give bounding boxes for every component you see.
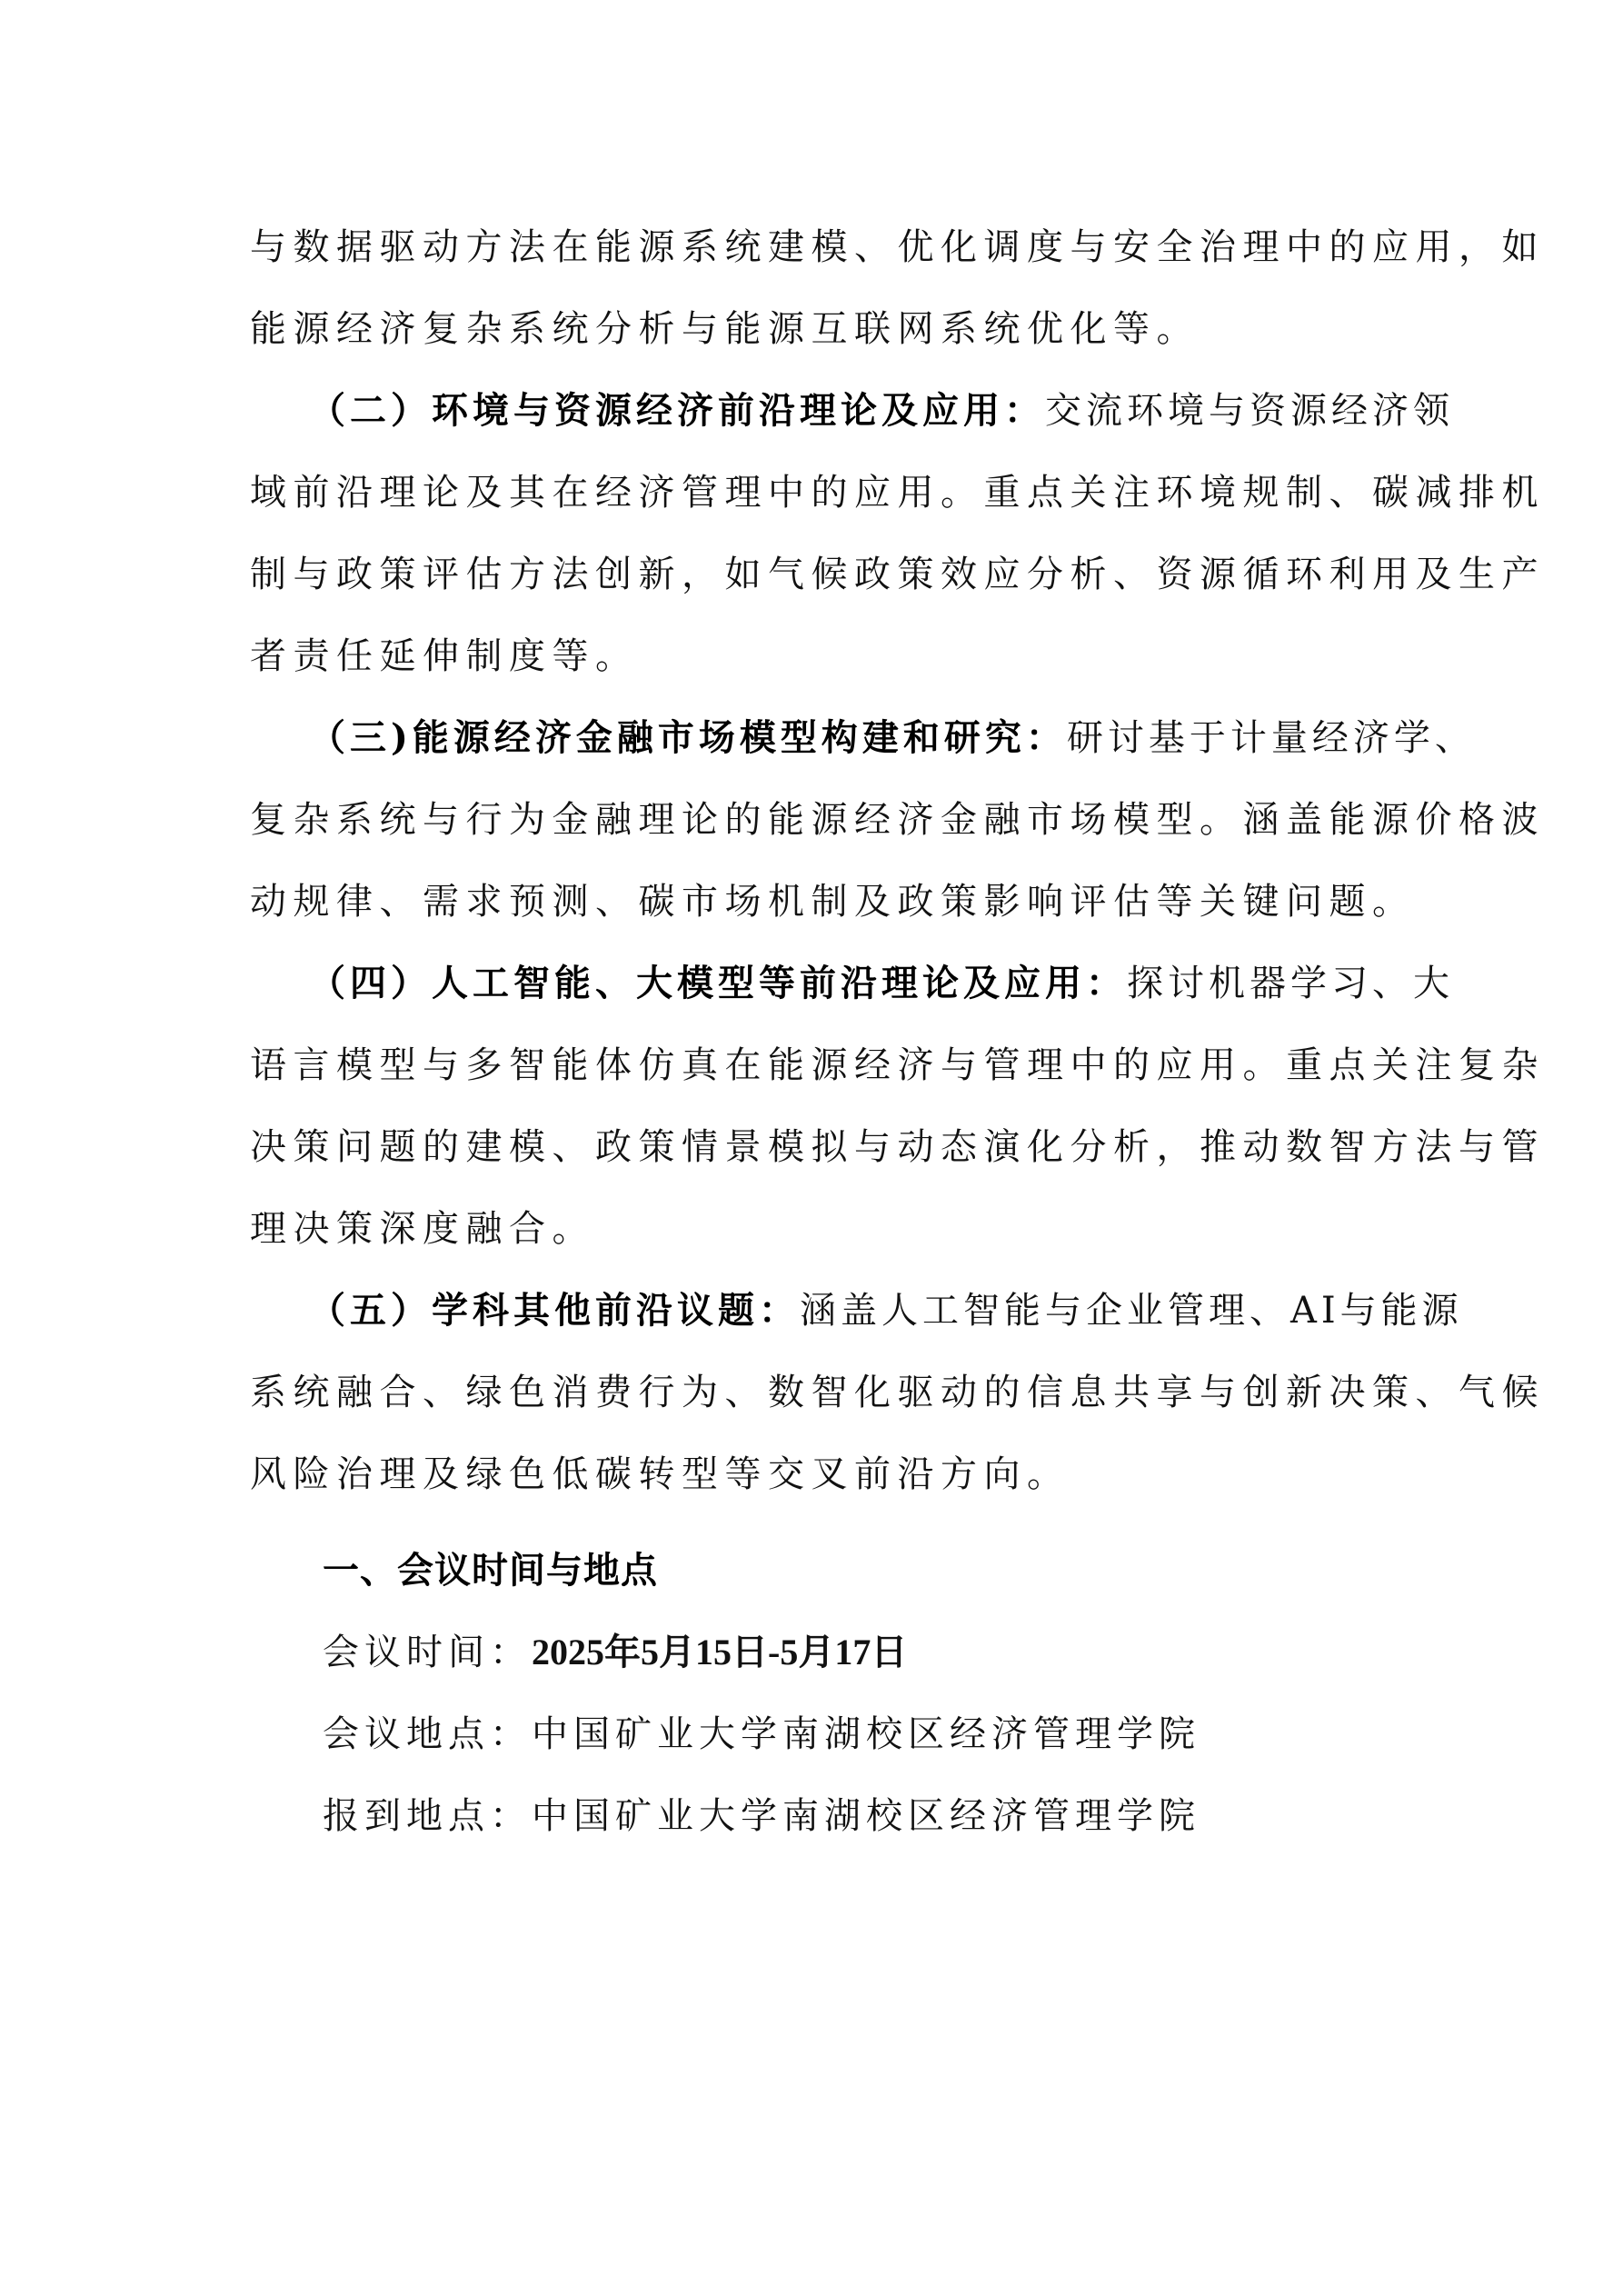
topic-4-label: （四）人工智能、大模型等前沿理论及应用： xyxy=(309,962,1127,1004)
intro-line-1: 与数据驱动方法在能源系统建模、优化调度与安全治理中的应用，如 xyxy=(250,225,1545,270)
topic-2-label: （二）环境与资源经济前沿理论及应用： xyxy=(309,389,1045,432)
registration-venue-label: 报到地点： xyxy=(323,1795,532,1837)
topic-5-label: （五）学科其他前沿议题： xyxy=(309,1289,800,1332)
topic-3-line-3: 动规律、需求预测、碳市场机制及政策影响评估等关键问题。 xyxy=(250,879,1416,924)
meeting-time-row: 会议时间：2025年5月15日-5月17日 xyxy=(323,1630,907,1675)
meeting-venue-label: 会议地点： xyxy=(323,1713,532,1755)
topic-4-first-line-rest: 探讨机器学习、大 xyxy=(1127,963,1454,1004)
topic-3-line-2: 复杂系统与行为金融理论的能源经济金融市场模型。涵盖能源价格波 xyxy=(250,797,1545,843)
section-heading: 一、会议时间与地点 xyxy=(323,1548,658,1593)
topic-4-line-4: 理决策深度融合。 xyxy=(250,1206,595,1252)
meeting-venue-value: 中国矿业大学南湖校区经济管理学院 xyxy=(532,1713,1200,1755)
registration-venue-row: 报到地点：中国矿业大学南湖校区经济管理学院 xyxy=(323,1793,1200,1839)
topic-5-first-line: （五）学科其他前沿议题：涵盖人工智能与企业管理、AI与能源 xyxy=(309,1288,1463,1333)
registration-venue-value: 中国矿业大学南湖校区经济管理学院 xyxy=(532,1795,1200,1837)
topic-4-line-3: 决策问题的建模、政策情景模拟与动态演化分析，推动数智方法与管 xyxy=(250,1124,1545,1170)
meeting-time-label: 会议时间： xyxy=(323,1632,532,1673)
topic-5-first-line-rest: 涵盖人工智能与企业管理、AI与能源 xyxy=(800,1290,1463,1332)
topic-3-first-line: （三)能源经济金融市场模型构建和研究：研讨基于计量经济学、 xyxy=(309,715,1476,761)
topic-2-line-3: 制与政策评估方法创新，如气候政策效应分析、资源循环利用及生产 xyxy=(250,552,1545,597)
meeting-time-value: 2025年5月15日-5月17日 xyxy=(532,1632,907,1672)
topic-5-line-2: 系统融合、绿色消费行为、数智化驱动的信息共享与创新决策、气候 xyxy=(250,1370,1545,1415)
topic-2-line-4: 者责任延伸制度等。 xyxy=(250,634,639,679)
topic-4-first-line: （四）人工智能、大模型等前沿理论及应用：探讨机器学习、大 xyxy=(309,961,1454,1006)
topic-3-first-line-rest: 研讨基于计量经济学、 xyxy=(1067,717,1476,759)
topic-2-first-line-rest: 交流环境与资源经济领 xyxy=(1045,390,1454,432)
topic-5-line-3: 风险治理及绿色低碳转型等交叉前沿方向。 xyxy=(250,1452,1070,1497)
intro-line-2: 能源经济复杂系统分析与能源互联网系统优化等。 xyxy=(250,306,1200,352)
topic-2-first-line: （二）环境与资源经济前沿理论及应用：交流环境与资源经济领 xyxy=(309,388,1454,434)
meeting-venue-row: 会议地点：中国矿业大学南湖校区经济管理学院 xyxy=(323,1712,1200,1757)
topic-3-label: （三)能源经济金融市场模型构建和研究： xyxy=(309,716,1067,759)
document-page: 与数据驱动方法在能源系统建模、优化调度与安全治理中的应用，如 能源经济复杂系统分… xyxy=(0,0,1623,2296)
topic-4-line-2: 语言模型与多智能体仿真在能源经济与管理中的应用。重点关注复杂 xyxy=(250,1043,1545,1088)
topic-2-line-2: 域前沿理论及其在经济管理中的应用。重点关注环境规制、碳减排机 xyxy=(250,470,1545,515)
